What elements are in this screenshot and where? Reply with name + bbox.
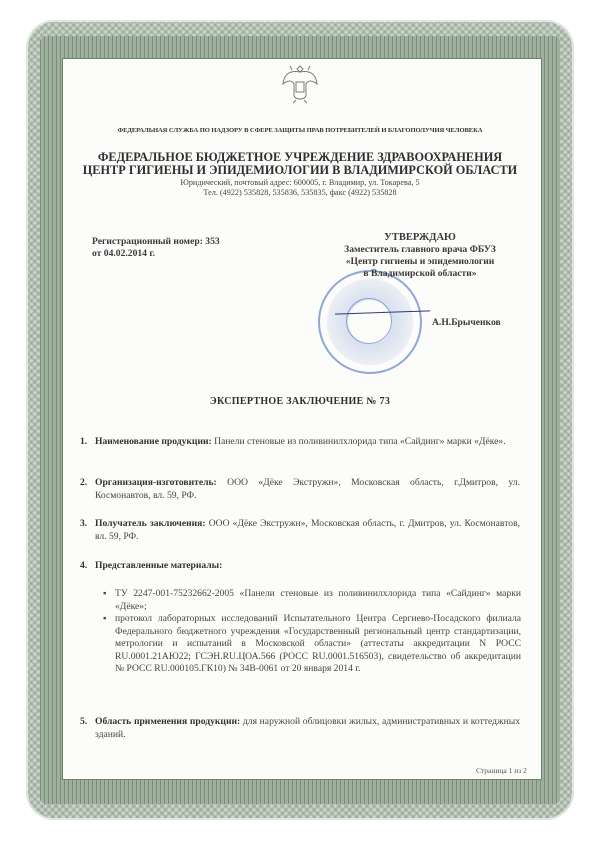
approval-org-line2: в Владимирской области» [320, 268, 520, 280]
organization-title: ФЕДЕРАЛЬНОЕ БЮДЖЕТНОЕ УЧРЕЖДЕНИЕ ЗДРАВОО… [60, 151, 540, 177]
organization-address: Юридический, почтовый адрес: 600005, г. … [60, 178, 540, 188]
item-product-name: 1. Наименование продукции: Панели стенов… [80, 436, 520, 449]
item-manufacturer: 2. Организация-изготовитель: ООО «Дёке Э… [80, 477, 520, 502]
approval-org-line1: «Центр гигиены и эпидемиологии [320, 256, 520, 268]
bullet-icon: ▪ [103, 588, 106, 601]
item-recipient: 3. Получатель заключения: ООО «Дёке Экст… [80, 518, 520, 543]
signer-name: А.Н.Брыченков [432, 317, 501, 328]
organization-contacts: Юридический, почтовый адрес: 600005, г. … [60, 178, 540, 198]
organization-title-line2: ЦЕНТР ГИГИЕНЫ И ЭПИДЕМИОЛОГИИ В ВЛАДИМИР… [60, 164, 540, 177]
list-item: ▪ протокол лабораторных исследований Исп… [103, 613, 521, 676]
bullet-icon: ▪ [103, 613, 106, 626]
document-title: ЭКСПЕРТНОЕ ЗАКЛЮЧЕНИЕ № 73 [60, 396, 540, 407]
registration-block: Регистрационный номер: 353 от 04.02.2014… [92, 236, 220, 260]
item-application-area: 5. Область применения продукции: для нар… [80, 716, 520, 741]
registration-number: Регистрационный номер: 353 [92, 236, 220, 248]
list-item: ▪ ТУ 2247-001-75232662-2005 «Панели стен… [103, 588, 521, 613]
official-stamp [318, 270, 422, 374]
item-materials: 4. Представленные материалы: [80, 560, 520, 573]
organization-phones: Тел. (4922) 535828, 535836, 535835, факс… [60, 188, 540, 198]
approval-block: УТВЕРЖДАЮ Заместитель главного врача ФБУ… [320, 232, 520, 280]
registration-date: от 04.02.2014 г. [92, 248, 220, 260]
approval-position: Заместитель главного врача ФБУЗ [320, 244, 520, 256]
page-number: Страница 1 из 2 [476, 766, 527, 775]
materials-list: ▪ ТУ 2247-001-75232662-2005 «Панели стен… [103, 588, 521, 676]
approval-title: УТВЕРЖДАЮ [320, 232, 520, 244]
agency-name: ФЕДЕРАЛЬНАЯ СЛУЖБА ПО НАДЗОРУ В СФЕРЕ ЗА… [60, 127, 540, 134]
coat-of-arms-icon [280, 62, 320, 104]
